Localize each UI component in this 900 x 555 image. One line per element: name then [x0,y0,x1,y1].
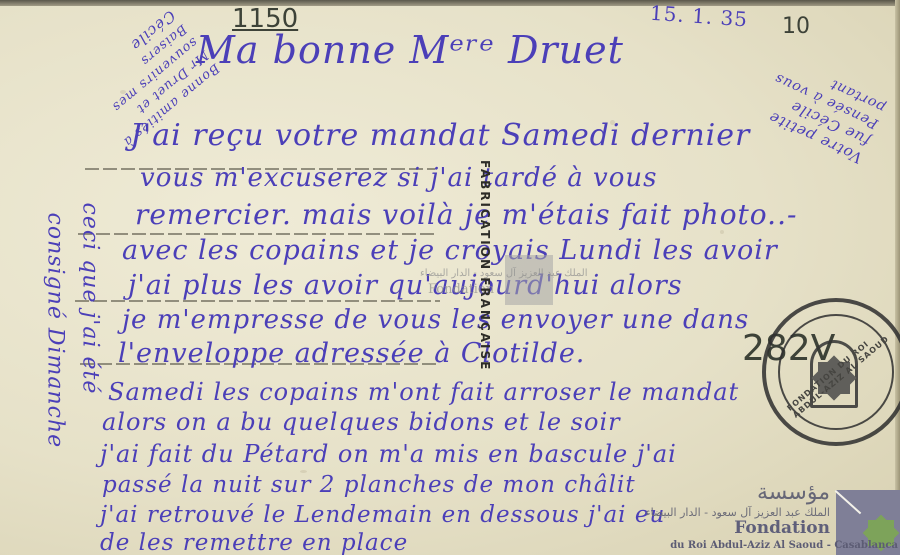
letter-line: passé la nuit sur 2 planches de mon châl… [102,472,636,498]
postcard-scan: 1150 282V 15. 1. 35 10 Ma bonne Mᵉʳᵉ Dru… [0,0,900,555]
letter-line: avec les copains et je croyais Lundi les… [122,235,778,266]
watermark-arabic-title: مؤسسة [757,480,830,505]
ghost-watermark-arabic: الملك عبد العزيز آل سعود - الدار البيضاء [420,268,588,279]
letter-line: l'enveloppe adressée à Clotilde. [118,338,585,369]
letter-line: de les remettre en place [100,530,408,555]
letter-line: vous m'excuserez si j'ai tardé à vous [140,163,657,193]
letter-line: Samedi les copains m'ont fait arroser le… [108,378,739,406]
letter-line: j'ai fait du Pétard on m'a mis en bascul… [100,440,677,468]
watermark-fondation: Fondation [734,518,830,538]
letter-line: j'ai retrouvé le Lendemain en dessous j'… [100,502,665,528]
letter-line: j'ai plus les avoir qu'aujourd'hui alors [128,270,683,301]
margin-note-vertical: ceci que j'ai été [78,203,103,463]
foundation-stamp: FONDATION DU ROI ABDUL-AZIZ AL SAOUD [762,298,900,446]
salutation: Ma bonne Mᵉʳᵉ Druet [196,28,624,72]
margin-note-vertical: consigné Dimanche [43,213,68,473]
ghost-watermark-logo [505,255,553,305]
letter-line: je m'empresse de vous les envoyer une da… [122,305,749,335]
logo-diagonal [835,490,862,514]
letter-line: alors on a bu quelques bidons et le soir [102,408,621,436]
printed-fabrication-francaise: FABRICATION FRANÇAISE [478,160,492,371]
letter-line: remercier. mais voilà je m'étais fait ph… [135,198,797,231]
watermark-subtitle: du Roi Abdul-Aziz Al Saoud - Casablanca [670,540,898,551]
letter-line: J'ai reçu votre mandat Samedi dernier [130,118,750,153]
